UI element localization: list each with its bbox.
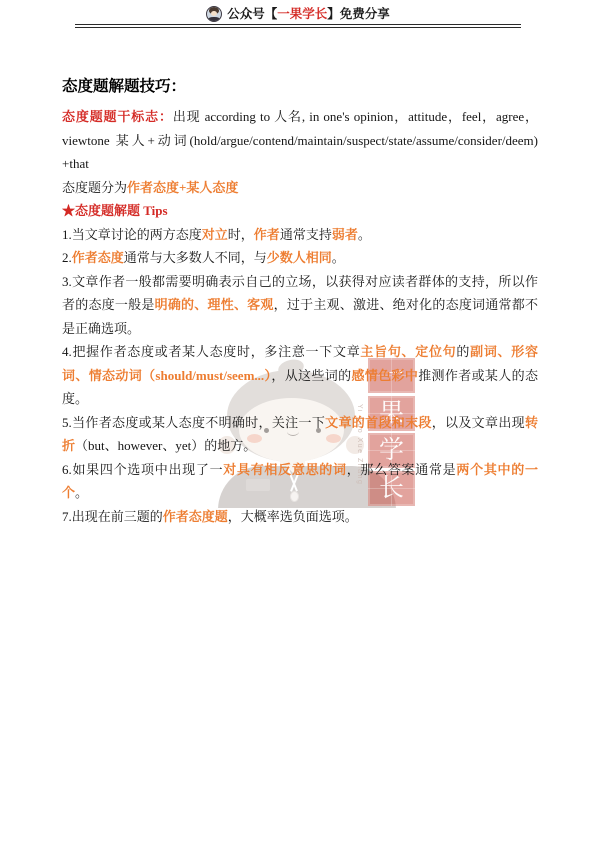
page-title: 态度题解题技巧： xyxy=(62,76,538,97)
text-segment: 通常与大多数人不同，与 xyxy=(124,250,267,265)
header-prefix: 公众号【 xyxy=(227,7,277,21)
text-segment: 通常支持 xyxy=(280,227,332,242)
text-segment: 态度题题干标志： xyxy=(62,109,173,124)
text-segment: 。 xyxy=(75,485,88,500)
text-segment: ，那么答案通常是 xyxy=(347,462,457,477)
paragraph-tips-heading: ★态度题解题 Tips xyxy=(62,199,538,223)
text-segment: 6.如果四个选项中出现了一 xyxy=(62,462,223,477)
paragraph-tip-6: 6.如果四个选项中出现了一对具有相反意思的词，那么答案通常是两个其中的一个。 xyxy=(62,458,538,505)
text-segment: 。 xyxy=(358,227,371,242)
paragraph-tip-4: 4.把握作者态度或者某人态度时，多注意一下文章主旨句、定位句的副词、形容词、情态… xyxy=(62,340,538,411)
text-segment: 1.当文章讨论的两方态度 xyxy=(62,227,202,242)
text-segment: 。 xyxy=(332,250,345,265)
paragraph-tip-7: 7.出现在前三题的作者态度题，大概率选负面选项。 xyxy=(62,505,538,529)
text-segment: ，以及文章出现 xyxy=(432,415,525,430)
paragraph-tip-2: 2.作者态度通常与大多数人不同，与少数人相同。 xyxy=(62,246,538,270)
header-brand: 一果学长 xyxy=(277,7,327,21)
text-segment: 作者 xyxy=(254,227,280,242)
text-segment: 2. xyxy=(62,250,72,265)
avatar-torso xyxy=(208,17,220,22)
text-segment: 感情色彩中 xyxy=(351,368,418,383)
text-segment: ★态度题解题 Tips xyxy=(62,203,168,218)
text-segment: 5.当作者态度或某人态度不明确时，关注一下 xyxy=(62,415,325,430)
text-segment: 态度题分为 xyxy=(62,180,127,195)
text-segment: ，从这些词的 xyxy=(271,368,351,383)
text-segment: 弱者 xyxy=(332,227,358,242)
text-segment: 少数人相同 xyxy=(267,250,332,265)
text-segment: 文章的首段和末段 xyxy=(325,415,432,430)
text-segment: 7.出现在前三题的 xyxy=(62,509,163,524)
document-content: 态度题解题技巧： 态度题题干标志：出现 according to 人名, in … xyxy=(62,76,538,528)
text-segment: 主旨句、定位句 xyxy=(360,344,456,359)
paragraph-types: 态度题分为作者态度+某人态度 xyxy=(62,176,538,200)
text-segment: 明确的、理性、客观 xyxy=(155,297,274,312)
text-segment: 作者态度 xyxy=(72,250,124,265)
paragraph-stem-markers: 态度题题干标志：出现 according to 人名, in one's opi… xyxy=(62,105,538,176)
paragraph-tip-3: 3.文章作者一般都需要明确表示自己的立场，以获得对应读者群体的支持，所以作者的态… xyxy=(62,270,538,341)
header-text: 公众号【一果学长】免费分享 xyxy=(227,5,390,23)
text-segment: 作者态度+某人态度 xyxy=(127,180,238,195)
text-segment: 作者态度题 xyxy=(163,509,228,524)
header-suffix: 】免费分享 xyxy=(327,7,390,21)
text-segment: ，大概率选负面选项。 xyxy=(228,509,358,524)
text-segment: （but、however、yet）的地方。 xyxy=(75,438,256,453)
text-segment: 对具有相反意思的词 xyxy=(223,462,346,477)
text-segment: 的 xyxy=(456,344,470,359)
avatar-face xyxy=(211,11,217,16)
text-segment: 对立 xyxy=(202,227,228,242)
header-divider xyxy=(75,24,521,28)
paragraph-tip-1: 1.当文章讨论的两方态度对立时，作者通常支持弱者。 xyxy=(62,223,538,247)
paragraph-tip-5: 5.当作者态度或某人态度不明确时，关注一下文章的首段和末段，以及文章出现转折（b… xyxy=(62,411,538,458)
boy-avatar-icon xyxy=(206,6,222,22)
document-page: { "colors": { "red": "#d42a25", "orange"… xyxy=(0,0,596,842)
text-segment: 时， xyxy=(228,227,254,242)
text-segment: 4.把握作者态度或者某人态度时，多注意一下文章 xyxy=(62,344,360,359)
